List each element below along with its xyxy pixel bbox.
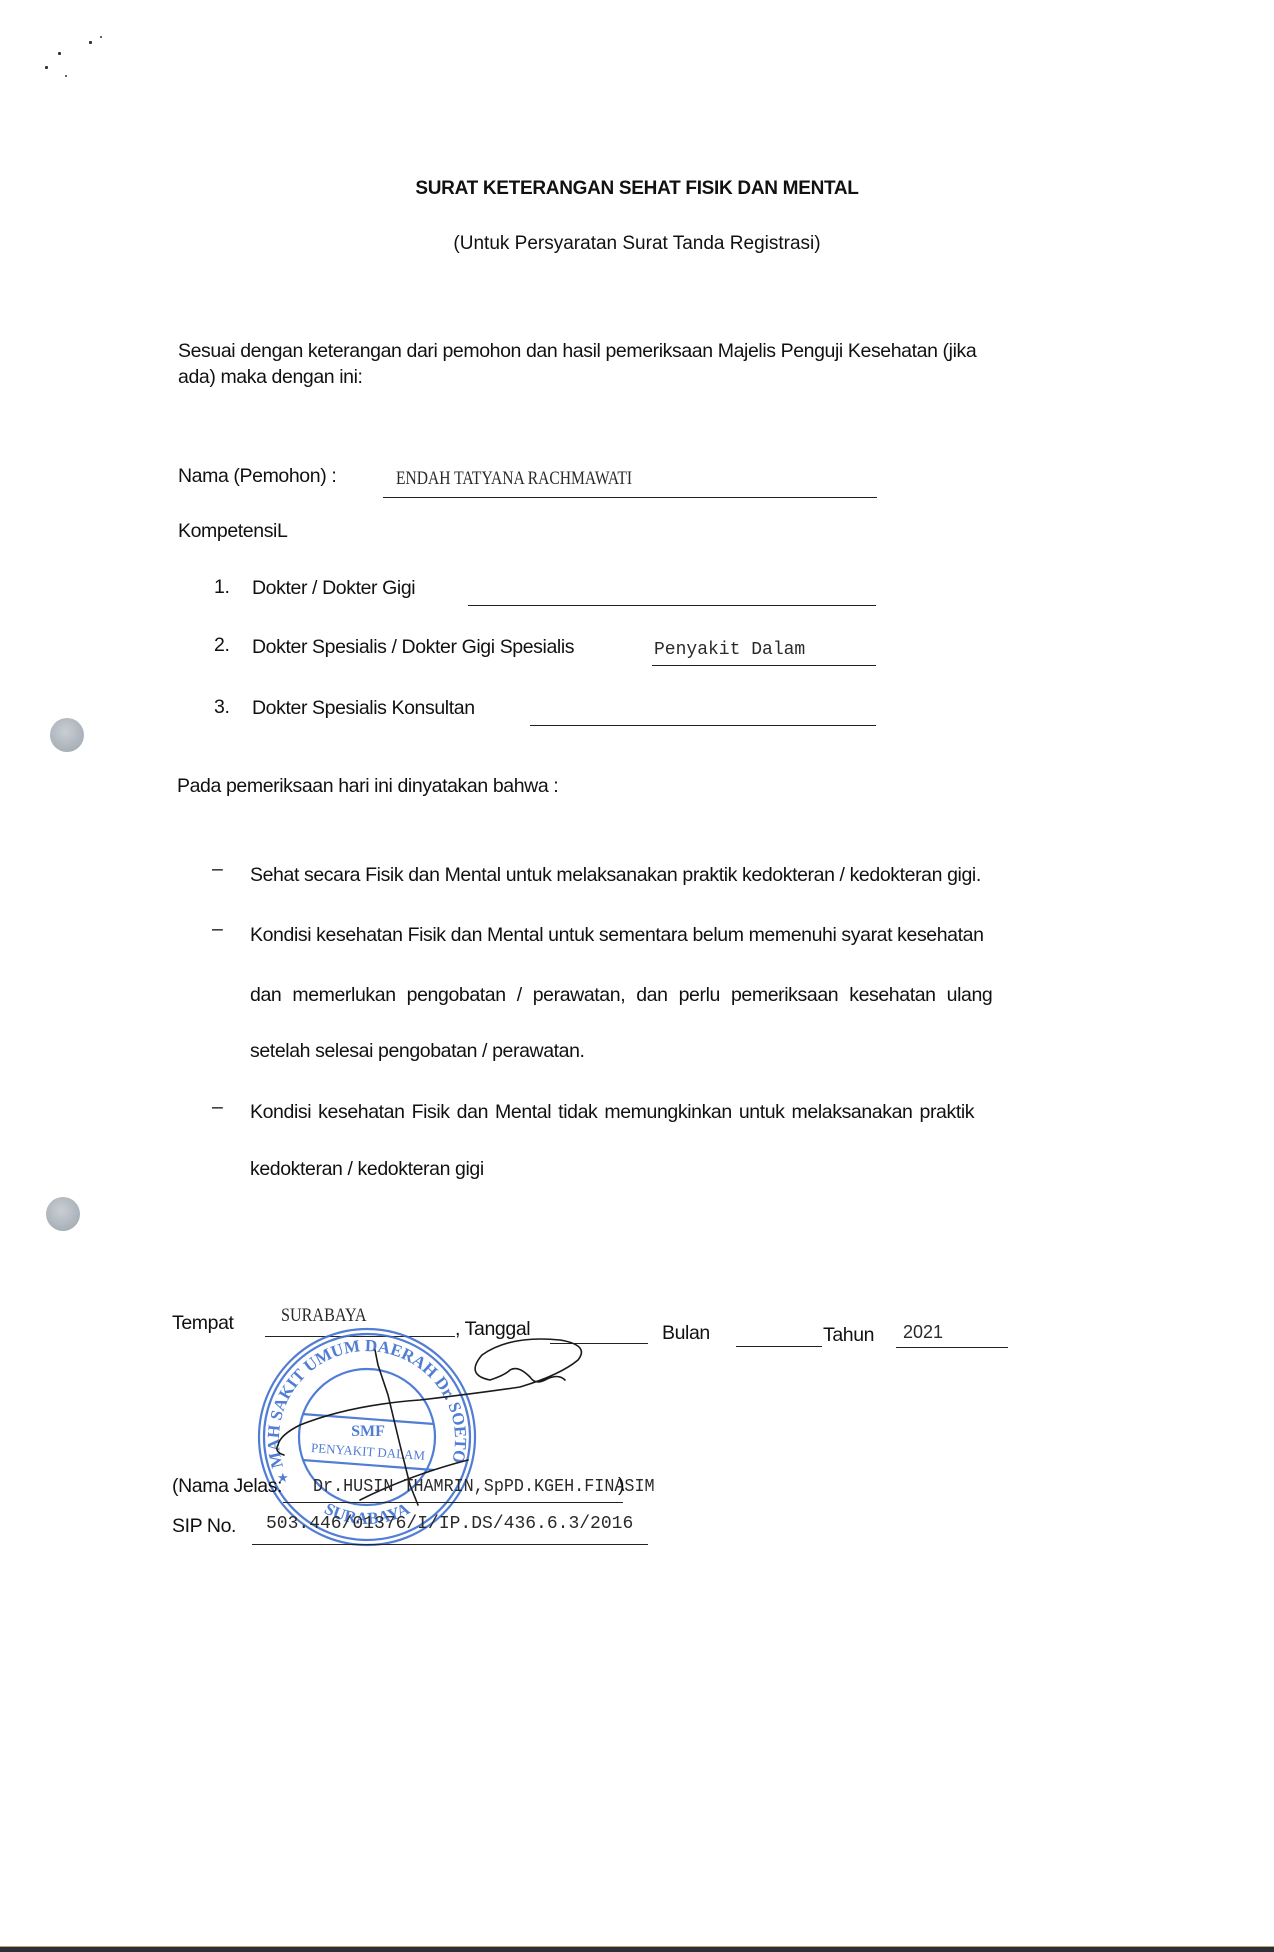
doctor-name-field[interactable]: Dr.HUSIN THAMRIN,SpPD.KGEH.FINASIM xyxy=(313,1477,655,1497)
statement-2-bullet: – xyxy=(212,918,223,941)
statement-2-line-1: Kondisi kesehatan Fisik dan Mental untuk… xyxy=(250,924,984,947)
competence-item-3-label: Dokter Spesialis Konsultan xyxy=(252,697,475,720)
statement-3-line-1: Kondisi kesehatan Fisik dan Mental tidak… xyxy=(250,1101,974,1124)
competence-item-3-underline xyxy=(530,725,876,726)
statement-3-line-2: kedokteran / kedokteran gigi xyxy=(250,1158,484,1181)
competence-item-2-underline xyxy=(652,665,876,666)
sip-field[interactable]: 503.446/01376/I/IP.DS/436.6.3/2016 xyxy=(266,1514,633,1534)
month-underline xyxy=(736,1346,822,1347)
applicant-underline xyxy=(383,497,877,498)
scan-speck xyxy=(58,52,61,55)
document-subtitle: (Untuk Persyaratan Surat Tanda Registras… xyxy=(0,233,1274,255)
statement-intro: Pada pemeriksaan hari ini dinyatakan bah… xyxy=(177,775,558,798)
statement-1-bullet: – xyxy=(212,858,223,881)
scan-speck xyxy=(65,75,67,77)
statement-2-line-2: dan memerlukan pengobatan / perawatan, d… xyxy=(250,984,992,1007)
scan-speck xyxy=(45,66,48,69)
intro-line-2: ada) maka dengan ini: xyxy=(178,366,363,389)
applicant-name-field[interactable]: ENDAH TATYANA RACHMAWATI xyxy=(396,468,632,490)
year-label: Tahun xyxy=(823,1324,874,1347)
statement-2-line-3: setelah selesai pengobatan / perawatan. xyxy=(250,1040,585,1063)
sip-underline xyxy=(252,1544,648,1545)
scan-speck xyxy=(89,41,92,44)
place-label: Tempat xyxy=(172,1312,234,1335)
competence-item-1-number: 1. xyxy=(214,576,229,599)
competence-item-2-number: 2. xyxy=(214,634,229,657)
competence-label: KompetensiL xyxy=(178,520,287,543)
competence-item-3-number: 3. xyxy=(214,696,229,719)
applicant-label: Nama (Pemohon) : xyxy=(178,465,336,488)
statement-1-line-1: Sehat secara Fisik dan Mental untuk mela… xyxy=(250,864,981,887)
year-underline xyxy=(896,1347,1008,1348)
doctor-name-label: (Nama Jelas: xyxy=(172,1475,282,1498)
month-label: Bulan xyxy=(662,1322,710,1345)
intro-line-1: Sesuai dengan keterangan dari pemohon da… xyxy=(178,340,976,363)
year-field[interactable]: 2021 xyxy=(903,1322,943,1343)
punch-hole xyxy=(46,1197,80,1231)
document-title: SURAT KETERANGAN SEHAT FISIK DAN MENTAL xyxy=(0,178,1274,200)
statement-3-bullet: – xyxy=(212,1096,223,1119)
competence-item-1-label: Dokter / Dokter Gigi xyxy=(252,577,415,600)
doctor-name-underline xyxy=(283,1502,623,1503)
scan-speck xyxy=(100,36,102,38)
doctor-name-close: ) xyxy=(618,1474,624,1497)
sip-label: SIP No. xyxy=(172,1515,236,1538)
punch-hole xyxy=(50,718,84,752)
scan-edge xyxy=(0,1946,1274,1952)
competence-item-1-underline xyxy=(468,605,876,606)
competence-item-2-field[interactable]: Penyakit Dalam xyxy=(654,640,805,660)
competence-item-2-label: Dokter Spesialis / Dokter Gigi Spesialis xyxy=(252,636,574,659)
